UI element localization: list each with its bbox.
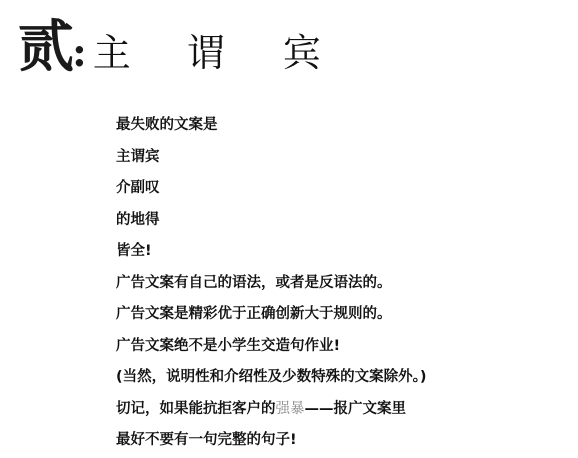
text-line: 最失败的文案是 (116, 110, 427, 142)
text-line: 介副叹 (116, 173, 427, 205)
text-line: (当然，说明性和介绍性及少数特殊的文案除外。) (116, 362, 427, 394)
text-line: 广告文案是精彩优于正确创新大于规则的。 (116, 299, 427, 331)
section-number: 贰 (18, 19, 72, 75)
title-word-subject: 主 (93, 34, 131, 72)
title-word-object: 宾 (283, 34, 321, 72)
text-line: 皆全! (116, 236, 427, 268)
text-line: 的地得 (116, 205, 427, 237)
text-line: 最好不要有一句完整的句子! (116, 425, 427, 457)
text-line: 主谓宾 (116, 142, 427, 174)
section-heading: 贰 : 主 谓 宾 (18, 14, 321, 80)
text-line: 切记，如果能抗拒客户的强暴——报广文案里 (116, 394, 427, 426)
section-colon: : (72, 33, 87, 73)
text-segment: 切记，如果能抗拒客户的 (116, 401, 276, 417)
text-line: 广告文案有自己的语法，或者是反语法的。 (116, 268, 427, 300)
section-title: 主 谓 宾 (93, 28, 321, 66)
body-text: 最失败的文案是 主谓宾 介副叹 的地得 皆全! 广告文案有自己的语法，或者是反语… (116, 110, 427, 457)
title-word-predicate: 谓 (187, 34, 225, 72)
faint-text-segment: 强暴 (276, 401, 305, 417)
text-line: 广告文案绝不是小学生交造句作业! (116, 331, 427, 363)
text-segment: ——报广文案里 (305, 401, 407, 417)
